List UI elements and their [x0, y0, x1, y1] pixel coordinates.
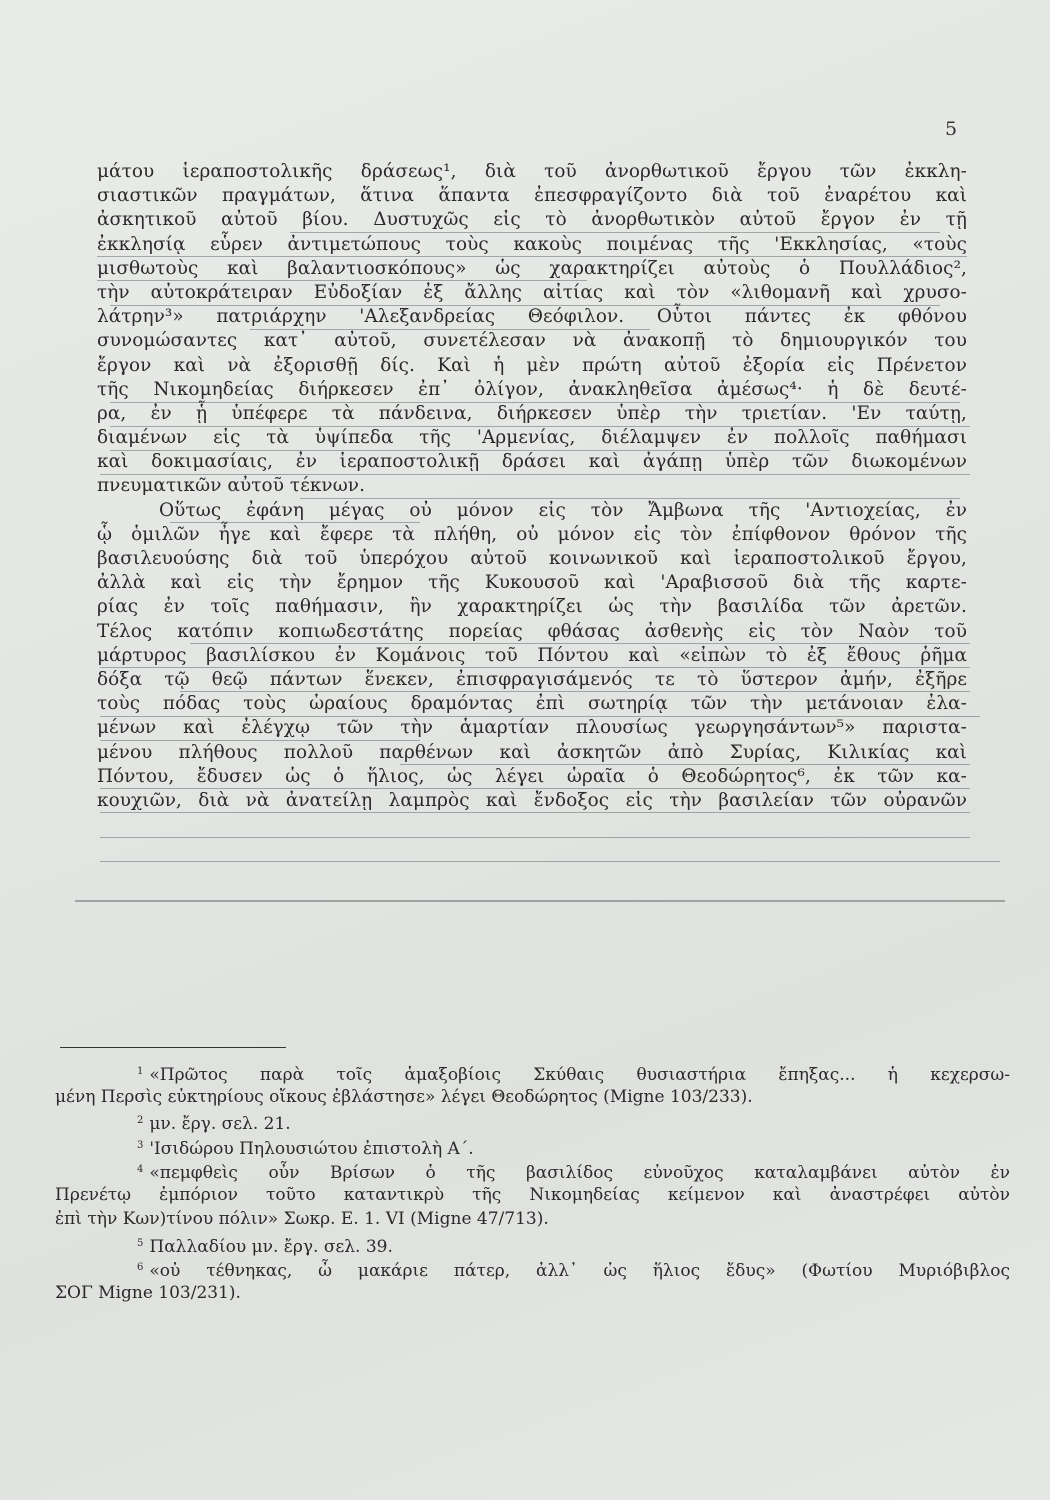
body-line: σιαστικῶν πραγμάτων, ἅτινα ἅπαντα ἐπεσφρ…	[97, 184, 967, 208]
body-line: λάτρην³» πατριάρχην 'Αλεξανδρείας Θεόφιλ…	[97, 305, 967, 329]
body-line: δόξα τῷ θεῷ πάντων ἕνεκεν, ἐπισφραγισάμε…	[97, 668, 967, 692]
body-line: μάτου ἱεραποστολικῆς δράσεως¹, διὰ τοῦ ἀ…	[97, 160, 967, 184]
pencil-underline	[110, 450, 830, 451]
bleed-through-text	[270, 895, 1010, 1025]
pencil-underline	[250, 329, 650, 330]
footnote-mark: 5	[137, 1238, 143, 1249]
body-line: Πόντου, ἔδυσεν ὡς ὁ ἥλιος, ὡς λέγει ὡραῖ…	[97, 765, 967, 789]
footnote-mark: 1	[137, 1066, 143, 1077]
pencil-underline	[100, 837, 970, 838]
footnote-1: 1«Πρῶτος παρὰ τοῖς ἁμαξοβίοις Σκύθαις θυ…	[55, 1060, 1010, 1085]
body-line: ᾧ ὁμιλῶν ἦγε καὶ ἔφερε τὰ πλήθη, οὐ μόνο…	[97, 523, 967, 547]
pencil-underline	[100, 667, 970, 668]
pencil-underline	[100, 474, 970, 475]
pencil-underline	[100, 716, 980, 717]
footnote-mark: 4	[137, 1164, 143, 1175]
document-page: 5 μάτου ἱεραποστολικῆς δράσεως¹, διὰ τοῦ…	[0, 0, 1050, 1500]
paragraph-start-line: Οὕτως ἐφάνη μέγας οὐ μόνον εἰς τὸν Ἄμβων…	[97, 499, 967, 523]
body-line: συνομώσαντες κατ᾽ αὐτοῦ, συνετέλεσαν νὰ …	[97, 329, 967, 353]
pencil-underline	[97, 256, 967, 257]
pencil-underline	[190, 643, 970, 644]
page-number: 5	[945, 118, 957, 140]
body-line: καὶ δοκιμασίαις, ἐν ἱεραποστολικῇ δράσει…	[97, 450, 967, 474]
pencil-underline	[290, 232, 940, 233]
footnote-5: 5Παλλαδίου μν. ἔργ. σελ. 39.	[55, 1232, 1010, 1257]
body-line: ἐκκλησίᾳ εὗρεν ἀντιμετώπους τοὺς κακοὺς …	[97, 233, 967, 257]
body-line: τοὺς πόδας τοὺς ὡραίους δραμόντας ἐπὶ σω…	[97, 692, 967, 716]
pencil-underline	[100, 861, 1000, 862]
body-line: μένου πλήθους πολλοῦ παρθένων καὶ ἀσκητῶ…	[97, 741, 967, 765]
body-line: διαμένων εἰς τὰ ὑψίπεδα τῆς 'Αρμενίας, δ…	[97, 426, 967, 450]
body-line: τῆς Νικομηδείας διήρκεσεν ἐπ᾽ ὀλίγον, ἀν…	[97, 378, 967, 402]
footnote-6-cont: ΣΟΓ Migne 103/231).	[55, 1281, 1010, 1306]
body-line: Τέλος κατόπιν κοπιωδεστάτης πορείας φθάσ…	[97, 620, 967, 644]
body-line: βασιλευούσης διὰ τοῦ ὑπερόχου αὐτοῦ κοιν…	[97, 547, 967, 571]
footnote-4-cont: ἐπὶ τὴν Κων)τίνου πόλιν» Σωκρ. Ε. 1. VI …	[55, 1207, 1010, 1232]
body-line: ἀλλὰ καὶ εἰς τὴν ἔρημον τῆς Κυκουσοῦ καὶ…	[97, 571, 967, 595]
pencil-underline	[180, 691, 970, 692]
pencil-underline	[100, 812, 970, 813]
body-line: κουχιῶν, διὰ νὰ ἀνατείλῃ λαμπρὸς καὶ ἔνδ…	[97, 789, 967, 813]
footnote-mark: 6	[137, 1262, 143, 1273]
pencil-underline	[97, 280, 587, 281]
footnote-2: 2μν. ἔργ. σελ. 21.	[55, 1109, 1010, 1134]
body-line: μισθωτοὺς καὶ βαλαντιοσκόπους» ὡς χαρακτ…	[97, 257, 967, 281]
pencil-underline	[300, 498, 960, 499]
body-line: ἀσκητικοῦ αὐτοῦ βίου. Δυστυχῶς εἰς τὸ ἀν…	[97, 208, 967, 232]
body-line: τὴν αὐτοκράτειραν Εὐδοξίαν ἐξ ἄλλης αἰτί…	[97, 281, 967, 305]
footnote-mark: 2	[137, 1115, 143, 1126]
pencil-underline	[100, 740, 420, 741]
pencil-underline	[100, 788, 970, 789]
footnote-1-cont: μένη Περσὶς εὐκτηρίους οἴκους ἐβλάστησε»…	[55, 1085, 1010, 1110]
body-line: ρίας ἐν τοῖς παθήμασιν, ἣν χαρακτηρίζει …	[97, 595, 967, 619]
body-line: ἔργον καὶ νὰ ἐξορισθῇ δίς. Καὶ ἡ μὲν πρώ…	[97, 354, 967, 378]
footnote-3: 3'Ισιδώρου Πηλουσιώτου ἐπιστολὴ Α΄.	[55, 1134, 1010, 1159]
pencil-underline	[110, 305, 940, 306]
footnote-mark: 3	[137, 1140, 143, 1151]
pencil-underline	[400, 764, 970, 765]
footnote-4: 4«πεμφθεὶς οὖν Βρίσων ὁ τῆς βασιλίδος εὐ…	[55, 1158, 1010, 1183]
footnotes: 1«Πρῶτος παρὰ τοῖς ἁμαξοβίοις Σκύθαις θυ…	[55, 1060, 1010, 1305]
footnote-6: 6«οὐ τέθνηκας, ὦ μακάριε πάτερ, ἀλλ᾽ ὡς …	[55, 1256, 1010, 1281]
pencil-underline	[110, 426, 970, 427]
footnote-4-cont: Πρενέτῳ ἐμπόριον τοῦτο καταντικρὺ τῆς Νι…	[55, 1183, 1010, 1208]
pencil-underline	[110, 402, 960, 403]
body-line: μένων καὶ ἐλέγχῳ τῶν τὴν ἁμαρτίαν πλουσί…	[97, 716, 967, 740]
body-line: μάρτυρος βασιλίσκου ἐν Κομάνοις τοῦ Πόντ…	[97, 644, 967, 668]
pencil-underline	[170, 522, 420, 523]
footnote-separator	[60, 1047, 286, 1048]
body-line: πνευματικῶν αὐτοῦ τέκνων.	[97, 474, 967, 498]
body-line: ρα, ἐν ᾗ ὑπέφερε τὰ πάνδεινα, διήρκεσεν …	[97, 402, 967, 426]
